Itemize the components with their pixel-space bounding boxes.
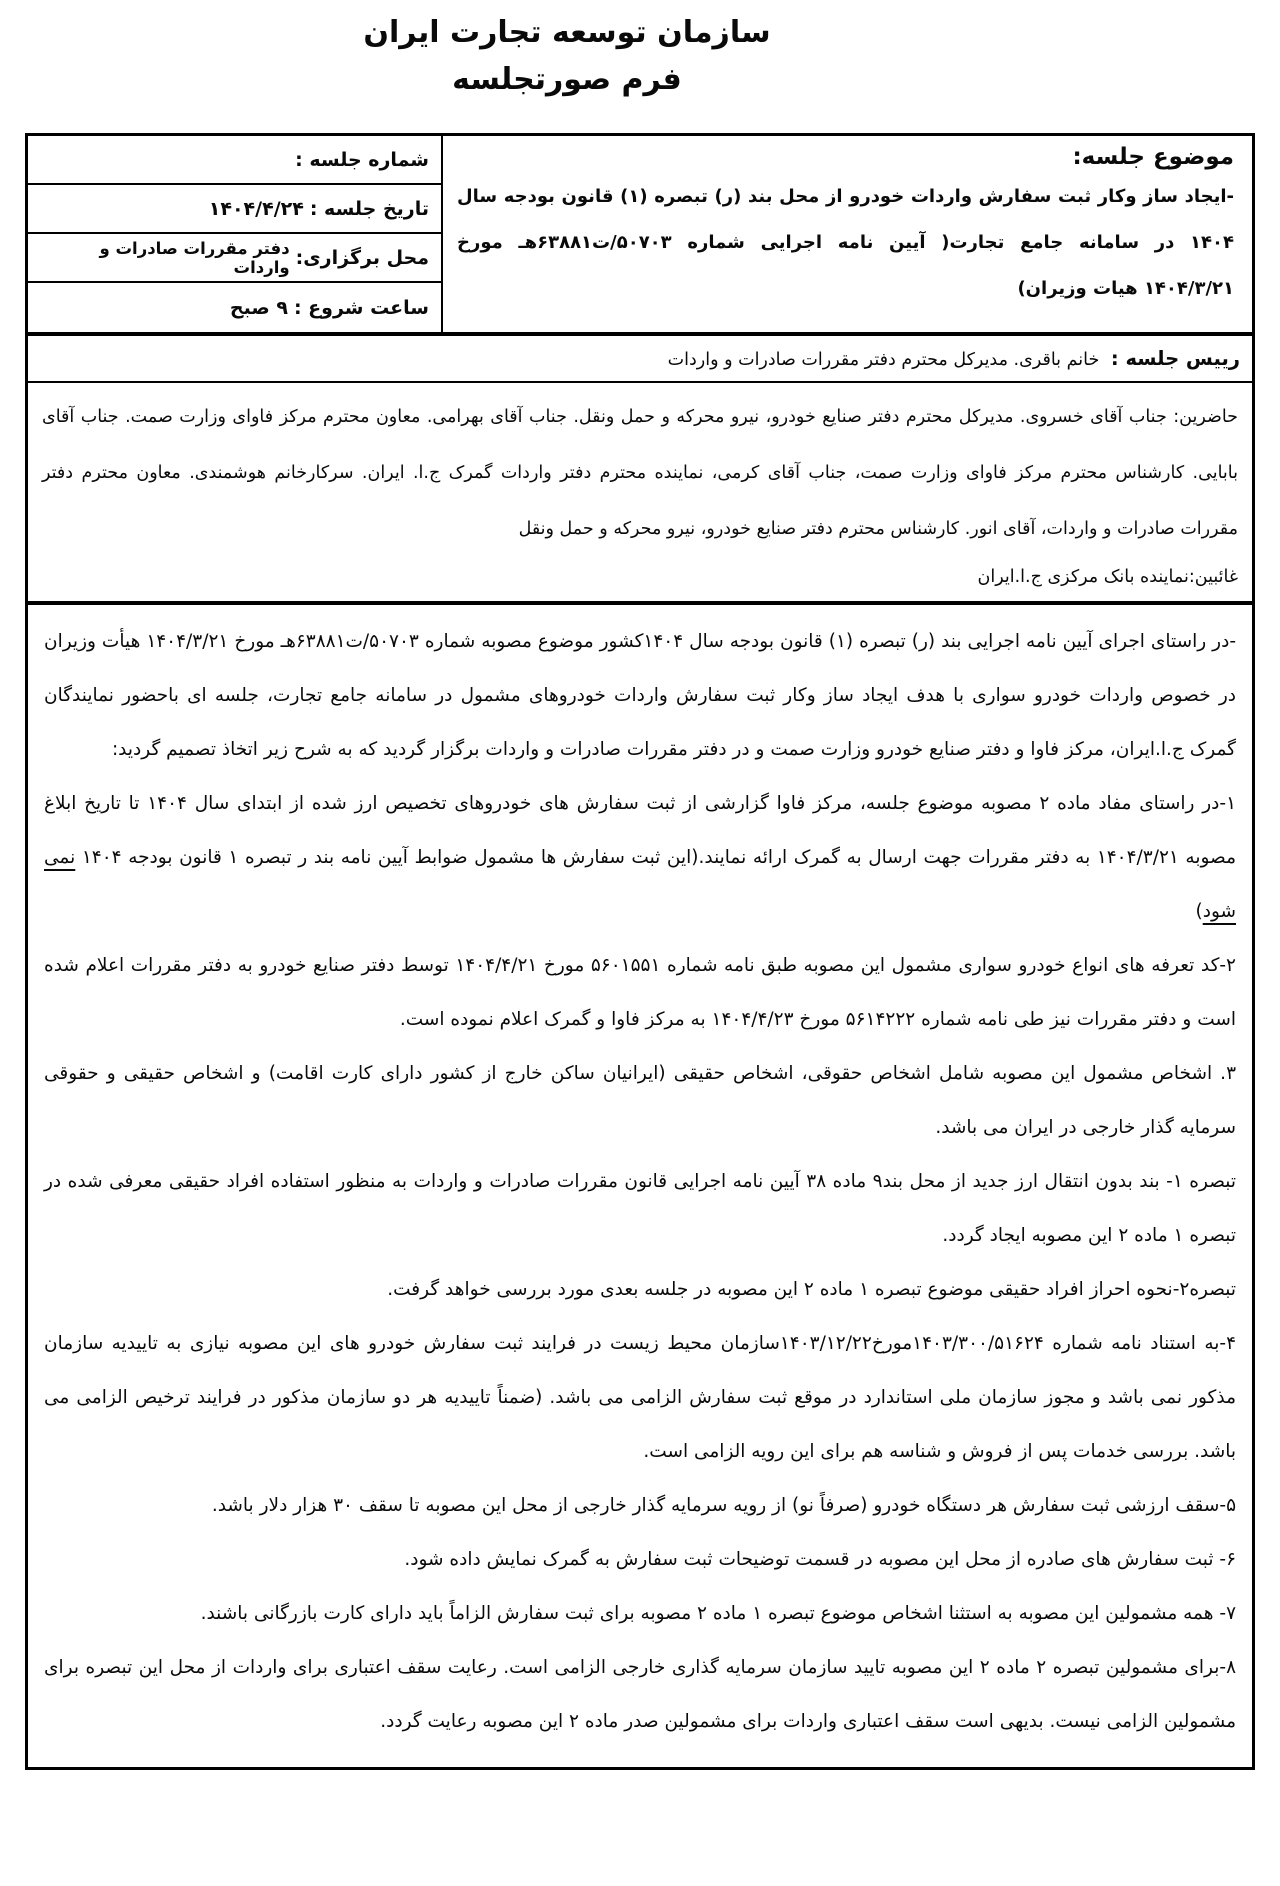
body-paragraph-5: ۵-سقف ارزشی ثبت سفارش هر دستگاه خودرو (ص… [44, 1479, 1236, 1533]
document-page: سازمان توسعه تجارت ایران فرم صورتجلسه مو… [0, 0, 1280, 1886]
meeting-location-value: دفتر مقررات صادرات و واردات [40, 239, 290, 277]
body-paragraph-1: ۱-در راستای مفاد ماده ۲ مصوبه موضوع جلسه… [44, 777, 1236, 939]
form-title: فرم صورتجلسه [25, 57, 1109, 104]
attendees-present: حاضرین: جناب آقای خسروی. مدیرکل محترم دف… [42, 389, 1238, 557]
meeting-number-row: شماره جلسه : [28, 136, 441, 185]
chair-value: خانم باقری. مدیرکل محترم دفتر مقررات صاد… [668, 350, 1100, 370]
meta-detail-column: شماره جلسه : تاریخ جلسه : ۱۴۰۴/۴/۲۴ محل … [28, 136, 441, 332]
minutes-body: -در راستای اجرای آیین نامه اجرایی بند (ر… [28, 605, 1252, 1767]
body-paragraph-intro: -در راستای اجرای آیین نامه اجرایی بند (ر… [44, 615, 1236, 777]
body-paragraph-8: ۸-برای مشمولین تبصره ۲ ماده ۲ این مصوبه … [44, 1641, 1236, 1749]
body-paragraph-4: ۴-به استناد نامه شماره ۱۴۰۳/۳۰۰/۵۱۶۲۴مور… [44, 1317, 1236, 1479]
title-block: سازمان توسعه تجارت ایران فرم صورتجلسه [25, 10, 1255, 103]
meeting-start-time-row: ساعت شروع : ۹ صبح [28, 283, 441, 332]
meeting-start-time-label: ساعت شروع : [294, 297, 429, 319]
org-title: سازمان توسعه تجارت ایران [25, 10, 1109, 57]
meeting-location-row: محل برگزاری: دفتر مقررات صادرات و واردات [28, 234, 441, 283]
meta-table: موضوع جلسه: -ایجاد ساز وکار ثبت سفارش وا… [28, 136, 1252, 336]
body-paragraph-1-suffix: ) [1195, 901, 1202, 922]
meeting-start-time-value: ۹ صبح [230, 297, 288, 319]
subject-cell: موضوع جلسه: -ایجاد ساز وکار ثبت سفارش وا… [441, 136, 1252, 332]
meeting-date-value: ۱۴۰۴/۴/۲۴ [209, 198, 304, 220]
body-note-2: تبصره۲-نحوه احراز افراد حقیقی موضوع تبصر… [44, 1263, 1236, 1317]
minutes-frame: موضوع جلسه: -ایجاد ساز وکار ثبت سفارش وا… [25, 133, 1255, 1770]
meeting-number-label: شماره جلسه : [295, 149, 429, 171]
subject-text: -ایجاد ساز وکار ثبت سفارش واردات خودرو ا… [457, 174, 1234, 312]
body-paragraph-3: ۳. اشخاص مشمول این مصوبه شامل اشخاص حقوق… [44, 1047, 1236, 1155]
body-paragraph-6: ۶- ثبت سفارش های صادره از محل این مصوبه … [44, 1533, 1236, 1587]
chair-label: رییس جلسه : [1111, 347, 1240, 370]
subject-label: موضوع جلسه: [457, 144, 1234, 170]
meeting-date-row: تاریخ جلسه : ۱۴۰۴/۴/۲۴ [28, 185, 441, 234]
attendees-absent: غائبین:نماینده بانک مرکزی ج.ا.ایران [42, 567, 1238, 587]
chair-row: رییس جلسه : خانم باقری. مدیرکل محترم دفت… [28, 336, 1252, 383]
body-paragraph-1-text: ۱-در راستای مفاد ماده ۲ مصوبه موضوع جلسه… [44, 793, 1236, 868]
body-paragraph-2: ۲-کد تعرفه های انواع خودرو سواری مشمول ا… [44, 939, 1236, 1047]
body-note-1: تبصره ۱- بند بدون انتقال ارز جدید از محل… [44, 1155, 1236, 1263]
meeting-location-label: محل برگزاری: [296, 247, 429, 269]
attendees-section: حاضرین: جناب آقای خسروی. مدیرکل محترم دف… [28, 383, 1252, 605]
body-paragraph-7: ۷- همه مشمولین این مصوبه به استثنا اشخاص… [44, 1587, 1236, 1641]
meeting-date-label: تاریخ جلسه : [310, 198, 429, 220]
